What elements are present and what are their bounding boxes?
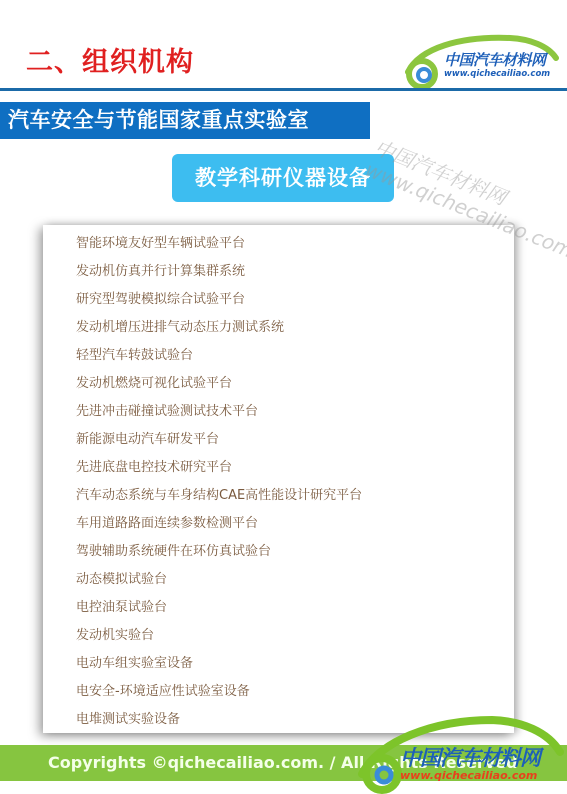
equipment-list: 智能环境友好型车辆试验平台 发动机仿真并行计算集群系统 研究型驾驶模拟综合试验平… <box>43 225 514 734</box>
site-logo: 中国汽车材料网 www.qichecailiao.com <box>400 28 562 90</box>
list-item: 电动车组实验室设备 <box>76 650 514 678</box>
equipment-card: 智能环境友好型车辆试验平台 发动机仿真并行计算集群系统 研究型驾驶模拟综合试验平… <box>43 225 514 733</box>
list-item: 发动机仿真并行计算集群系统 <box>76 258 514 286</box>
list-item: 轻型汽车转鼓试验台 <box>76 342 514 370</box>
logo-name: 中国汽车材料网 <box>444 49 546 70</box>
category-pill: 教学科研仪器设备 <box>172 154 394 202</box>
list-item: 发动机增压进排气动态压力测试系统 <box>76 314 514 342</box>
logo-url: www.qichecailiao.com <box>400 769 537 782</box>
section-title: 二、组织机构 <box>26 40 194 79</box>
list-item: 电控油泵试验台 <box>76 594 514 622</box>
list-item: 发动机实验台 <box>76 622 514 650</box>
list-item: 动态模拟试验台 <box>76 566 514 594</box>
list-item: 汽车动态系统与车身结构CAE高性能设计研究平台 <box>76 482 514 510</box>
list-item: 先进冲击碰撞试验测试技术平台 <box>76 398 514 426</box>
list-item: 驾驶辅助系统硬件在环仿真试验台 <box>76 538 514 566</box>
logo-url: www.qichecailiao.com <box>444 69 550 79</box>
list-item: 先进底盘电控技术研究平台 <box>76 454 514 482</box>
header-divider <box>0 88 567 91</box>
lab-banner: 汽车安全与节能国家重点实验室 <box>0 102 370 139</box>
list-item: 电安全-环境适应性试验室设备 <box>76 678 514 706</box>
list-item: 研究型驾驶模拟综合试验平台 <box>76 286 514 314</box>
list-item: 车用道路路面连续参数检测平台 <box>76 510 514 538</box>
list-item: 智能环境友好型车辆试验平台 <box>76 230 514 258</box>
logo-name: 中国汽车材料网 <box>400 742 540 772</box>
footer-logo: 中国汽车材料网 www.qichecailiao.com <box>352 712 567 794</box>
list-item: 新能源电动汽车研发平台 <box>76 426 514 454</box>
list-item: 发动机燃烧可视化试验平台 <box>76 370 514 398</box>
